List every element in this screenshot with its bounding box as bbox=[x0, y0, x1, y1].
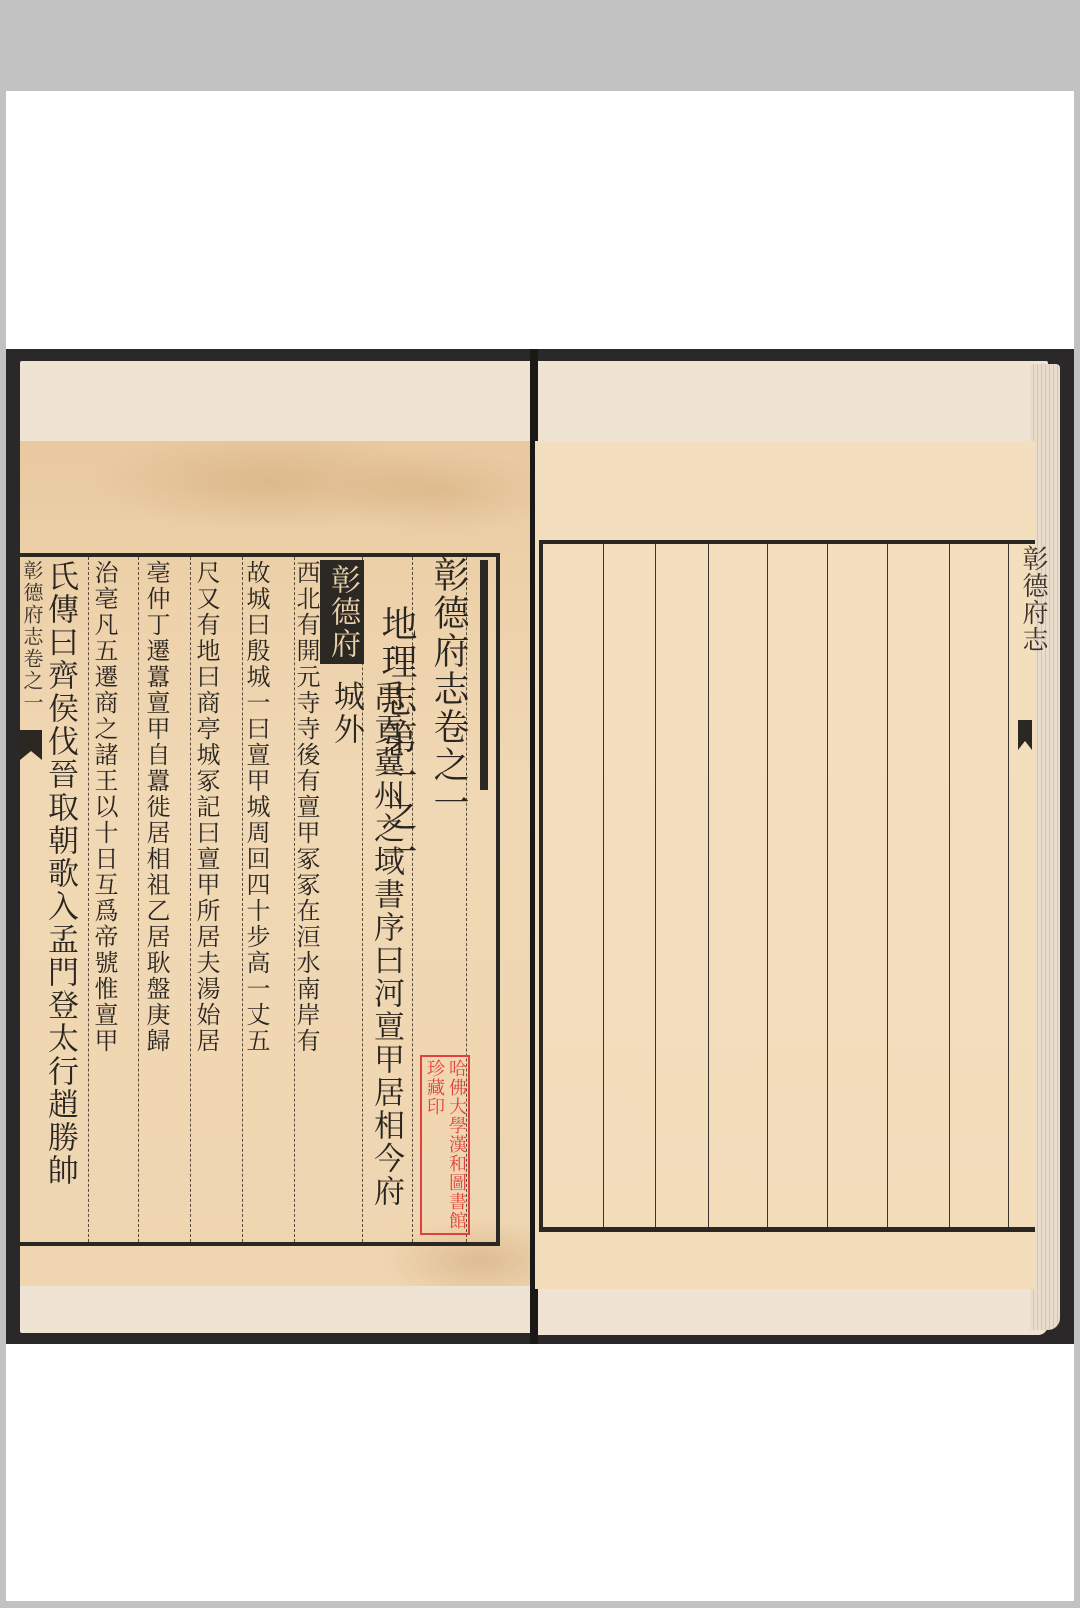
column-rule bbox=[655, 544, 656, 1227]
block-border-right bbox=[480, 560, 488, 790]
column-rule bbox=[949, 544, 950, 1227]
text-column-1: 禹貢冀州之域書序曰河亶甲居相今府城外 bbox=[326, 680, 406, 1240]
text-column-last: 氏傳曰齊侯伐晉取朝歌入孟門登太行趙勝帥 bbox=[40, 560, 80, 1240]
column-rule bbox=[603, 544, 604, 1227]
text-column-6: 治亳凡五遷商之諸王以十日互爲帝號惟亶甲 bbox=[88, 560, 120, 1054]
text-column-5: 亳仲丁遷囂亶甲自囂徙居相祖乙居耿盤庚歸 bbox=[140, 560, 172, 1054]
column-rule bbox=[1008, 544, 1009, 1227]
column-rule bbox=[138, 557, 139, 1242]
column-rule bbox=[708, 544, 709, 1227]
right-margin-title: 彰德府志 bbox=[1018, 545, 1048, 653]
column-rule bbox=[887, 544, 888, 1227]
boxed-heading: 彰德府 bbox=[320, 560, 364, 664]
volume-title: 彰德府志卷之一 bbox=[426, 556, 470, 822]
right-page-frame bbox=[539, 540, 1035, 1232]
library-seal: 哈佛大學漢和圖書館珍藏印 bbox=[420, 1055, 470, 1235]
text-column-4: 尺又有地曰商亭城冢記曰亶甲所居夫湯始居 bbox=[190, 560, 222, 1054]
column-rule bbox=[767, 544, 768, 1227]
text-column-3: 故城曰殷城一曰亶甲城周回四十步高一丈五 bbox=[240, 560, 272, 1054]
column-rule bbox=[827, 544, 828, 1227]
fore-edge-label: 彰德府志卷之一 bbox=[20, 560, 44, 740]
text-column-2: 西北有開元寺寺後有亶甲冢冢在洹水南岸有 bbox=[290, 560, 322, 1054]
